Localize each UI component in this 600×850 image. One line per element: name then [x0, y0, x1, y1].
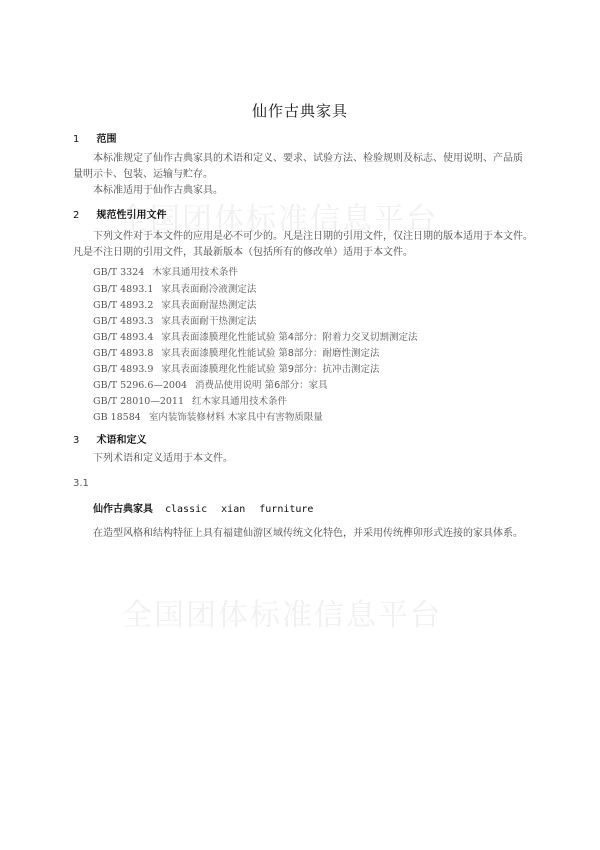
document-page: 仙作古典家具 1 范围 本标准规定了仙作古典家具的术语和定义、要求、试验方法、检…	[0, 0, 600, 850]
reference-item: GB 18584室内装饰装修材料 木家具中有害物质限量	[93, 409, 323, 423]
reference-title: 家具表面耐湿热测定法	[161, 300, 256, 311]
reference-code: GB/T 4893.3	[93, 316, 153, 327]
reference-code: GB/T 28010—2011	[93, 396, 184, 407]
term-entry: 仙作古典家具classic xian furniture	[93, 500, 313, 515]
reference-item: GB/T 4893.2家具表面耐湿热测定法	[93, 297, 256, 311]
term-en: classic xian furniture	[165, 504, 313, 515]
section-title: 术语和定义	[96, 435, 146, 446]
paragraph-line: 量明示卡、包装、运输与贮存。	[73, 167, 553, 183]
term-number: 3.1	[73, 478, 89, 489]
section-heading-scope: 1 范围	[73, 130, 116, 145]
reference-code: GB 18584	[93, 412, 141, 423]
reference-title: 家具表面耐干热测定法	[161, 316, 256, 327]
reference-item: GB/T 28010—2011红木家具通用技术条件	[93, 393, 287, 407]
reference-item: GB/T 3324木家具通用技术条件	[93, 264, 238, 278]
reference-item: GB/T 4893.3家具表面耐干热测定法	[93, 313, 256, 327]
reference-title: 室内装饰装修材料 木家具中有害物质限量	[149, 412, 323, 423]
scope-paragraph: 本标准规定了仙作古典家具的术语和定义、要求、试验方法、检验规则及标志、使用说明、…	[73, 151, 553, 199]
paragraph-line: 本标准规定了仙作古典家具的术语和定义、要求、试验方法、检验规则及标志、使用说明、…	[73, 151, 553, 167]
term-definition: 在造型风格和结构特征上具有福建仙游区域传统文化特色，并采用传统榫卯形式连接的家具…	[93, 524, 523, 539]
reference-code: GB/T 4893.2	[93, 300, 153, 311]
section-title: 规范性引用文件	[96, 210, 166, 221]
section-title: 范围	[96, 134, 116, 145]
reference-code: GB/T 5296.6—2004	[93, 380, 187, 391]
section-number: 2	[73, 210, 93, 221]
reference-item: GB/T 4893.4家具表面漆膜理化性能试验 第4部分：附着力交叉切割测定法	[93, 329, 417, 343]
reference-title: 消费品使用说明 第6部分：家具	[195, 380, 328, 391]
section-number: 1	[73, 134, 93, 145]
section-heading-terms-definitions: 3 术语和定义	[73, 431, 146, 446]
reference-code: GB/T 4893.8	[93, 348, 153, 359]
terms-intro: 下列术语和定义适用于本文件。	[73, 451, 553, 467]
reference-code: GB/T 4893.9	[93, 364, 153, 375]
paragraph-line: 凡是不注日期的引用文件，其最新版本（包括所有的修改单）适用于本文件。	[73, 245, 553, 261]
reference-title: 木家具通用技术条件	[152, 267, 238, 278]
reference-title: 红木家具通用技术条件	[192, 396, 287, 407]
reference-code: GB/T 4893.1	[93, 284, 153, 295]
paragraph-line: 下列文件对于本文件的应用是必不可少的。凡是注日期的引用文件，仅注日期的版本适用于…	[73, 229, 553, 245]
reference-title: 家具表面漆膜理化性能试验 第4部分：附着力交叉切割测定法	[161, 332, 417, 343]
paragraph-line: 本标准适用于仙作古典家具。	[73, 183, 553, 199]
reference-title: 家具表面耐冷液测定法	[161, 284, 256, 295]
reference-code: GB/T 3324	[93, 267, 144, 278]
section-heading-normative-references: 2 规范性引用文件	[73, 206, 166, 221]
section-number: 3	[73, 435, 93, 446]
reference-item: GB/T 4893.9家具表面漆膜理化性能试验 第9部分：抗冲击测定法	[93, 361, 379, 375]
reference-title: 家具表面漆膜理化性能试验 第9部分：抗冲击测定法	[161, 364, 379, 375]
references-intro: 下列文件对于本文件的应用是必不可少的。凡是注日期的引用文件，仅注日期的版本适用于…	[73, 229, 553, 261]
document-title: 仙作古典家具	[0, 100, 600, 121]
reference-item: GB/T 5296.6—2004消费品使用说明 第6部分：家具	[93, 377, 328, 391]
reference-item: GB/T 4893.8家具表面漆膜理化性能试验 第8部分：耐磨性测定法	[93, 345, 379, 359]
reference-item: GB/T 4893.1家具表面耐冷液测定法	[93, 281, 256, 295]
paragraph-line: 下列术语和定义适用于本文件。	[73, 451, 553, 467]
reference-code: GB/T 4893.4	[93, 332, 153, 343]
reference-title: 家具表面漆膜理化性能试验 第8部分：耐磨性测定法	[161, 348, 379, 359]
term-zh: 仙作古典家具	[93, 504, 153, 515]
